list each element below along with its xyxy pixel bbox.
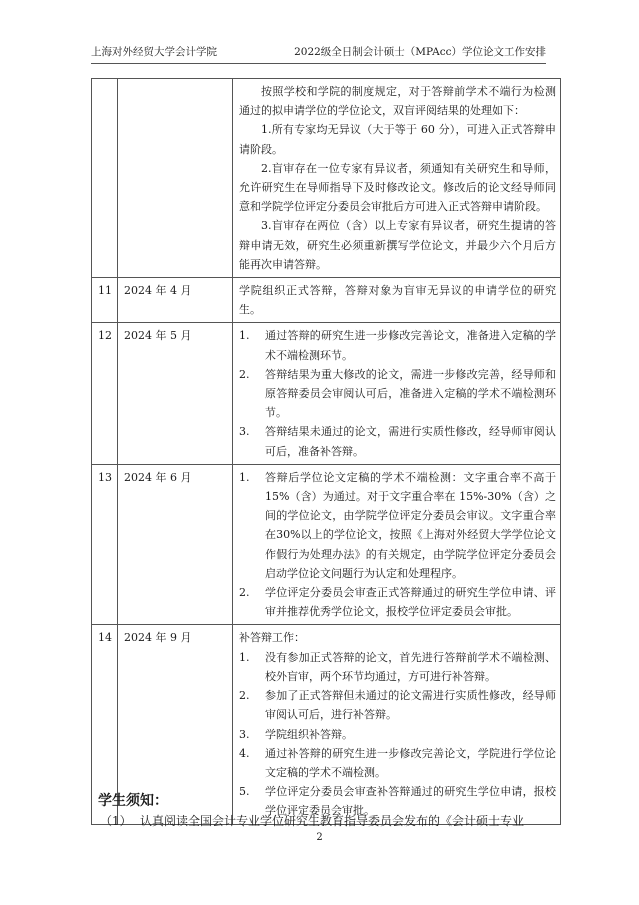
table-row: 12 2024 年 5 月 1.通过答辩的研究生进一步修改完善论文，准备进入定稿…	[92, 323, 561, 464]
paragraph: 3.盲审存在两位（含）以上专家有异议者，研究生提请的答辩申请无效，研究生必须重新…	[239, 216, 556, 274]
row-number-cell: 12	[92, 323, 118, 464]
list-item: 1.通过答辩的研究生进一步修改完善论文，准备进入定稿的学术不端检测环节。	[239, 326, 556, 364]
row-content-cell: 1.答辩后学位论文定稿的学术不端检测：文字重合率不高于15%（含）为通过。对于文…	[233, 464, 561, 625]
list-item: 3.答辩结果未通过的论文，需进行实质性修改，经导师审阅认可后，准备补答辩。	[239, 422, 556, 460]
list-item: 2.参加了正式答辩但未通过的论文需进行实质性修改，经导师审阅认可后，进行补答辩。	[239, 686, 556, 724]
row-date-cell	[118, 79, 233, 278]
header-institution: 上海对外经贸大学会计学院	[91, 44, 217, 60]
page-number: 2	[0, 832, 639, 843]
notice-item-text: 认真阅读全国会计专业学位研究生教育指导委员会发布的《会计硕士专业	[140, 814, 524, 828]
row-number-cell: 13	[92, 464, 118, 625]
row-content-cell: 补答辩工作： 1.没有参加正式答辩的论文，首先进行答辩前学术不端检测、校外盲审，…	[233, 625, 561, 824]
notice-item: （1）认真阅读全国会计专业学位研究生教育指导委员会发布的《会计硕士专业	[100, 812, 562, 830]
schedule-table: 按照学校和学院的制度规定，对于答辩前学术不端行为检测通过的拟申请学位的学位论文，…	[91, 78, 561, 825]
list-item: 1.答辩后学位论文定稿的学术不端检测：文字重合率不高于15%（含）为通过。对于文…	[239, 468, 556, 583]
row-content-cell: 1.通过答辩的研究生进一步修改完善论文，准备进入定稿的学术不端检测环节。 2.答…	[233, 323, 561, 464]
row-content-cell: 学院组织正式答辩，答辩对象为盲审无异议的申请学位的研究生。	[233, 278, 561, 323]
paragraph: 2.盲审存在一位专家有异议者，须通知有关研究生和导师，允许研究生在导师指导下及时…	[239, 159, 556, 217]
notice-heading: 学生须知：	[98, 790, 168, 810]
paragraph: 按照学校和学院的制度规定，对于答辩前学术不端行为检测通过的拟申请学位的学位论文，…	[239, 82, 556, 120]
table-row: 11 2024 年 4 月 学院组织正式答辩，答辩对象为盲审无异议的申请学位的研…	[92, 278, 561, 323]
row-number-cell: 11	[92, 278, 118, 323]
list-item: 1.没有参加正式答辩的论文，首先进行答辩前学术不端检测、校外盲审，两个环节均通过…	[239, 648, 556, 686]
notice-item-index: （1）	[100, 812, 140, 830]
paragraph: 1.所有专家均无异议（大于等于 60 分），可进入正式答辩申请阶段。	[239, 120, 556, 158]
header-document-title: 2022级全日制会计硕士（MPAcc）学位论文工作安排	[294, 44, 546, 60]
paragraph: 学院组织正式答辩，答辩对象为盲审无异议的申请学位的研究生。	[239, 281, 556, 319]
page-header: 上海对外经贸大学会计学院 2022级全日制会计硕士（MPAcc）学位论文工作安排	[91, 44, 546, 64]
table-row: 按照学校和学院的制度规定，对于答辩前学术不端行为检测通过的拟申请学位的学位论文，…	[92, 79, 561, 278]
row-number-cell	[92, 79, 118, 278]
row-date-cell: 2024 年 5 月	[118, 323, 233, 464]
list-item: 2.答辩结果为重大修改的论文，需进一步修改完善，经导师和原答辩委员会审阅认可后，…	[239, 365, 556, 423]
table-row: 13 2024 年 6 月 1.答辩后学位论文定稿的学术不端检测：文字重合率不高…	[92, 464, 561, 625]
row-date-cell: 2024 年 6 月	[118, 464, 233, 625]
row-date-cell: 2024 年 4 月	[118, 278, 233, 323]
list-item: 3.学院组织补答辩。	[239, 725, 556, 744]
list-item: 4.通过补答辩的研究生进一步修改完善论文，学院进行学位论文定稿的学术不端检测。	[239, 744, 556, 782]
list-item: 2.学位评定分委员会审查正式答辩通过的研究生学位申请、评审并推荐优秀学位论文，报…	[239, 583, 556, 621]
row-content-cell: 按照学校和学院的制度规定，对于答辩前学术不端行为检测通过的拟申请学位的学位论文，…	[233, 79, 561, 278]
list-intro: 补答辩工作：	[239, 628, 556, 647]
